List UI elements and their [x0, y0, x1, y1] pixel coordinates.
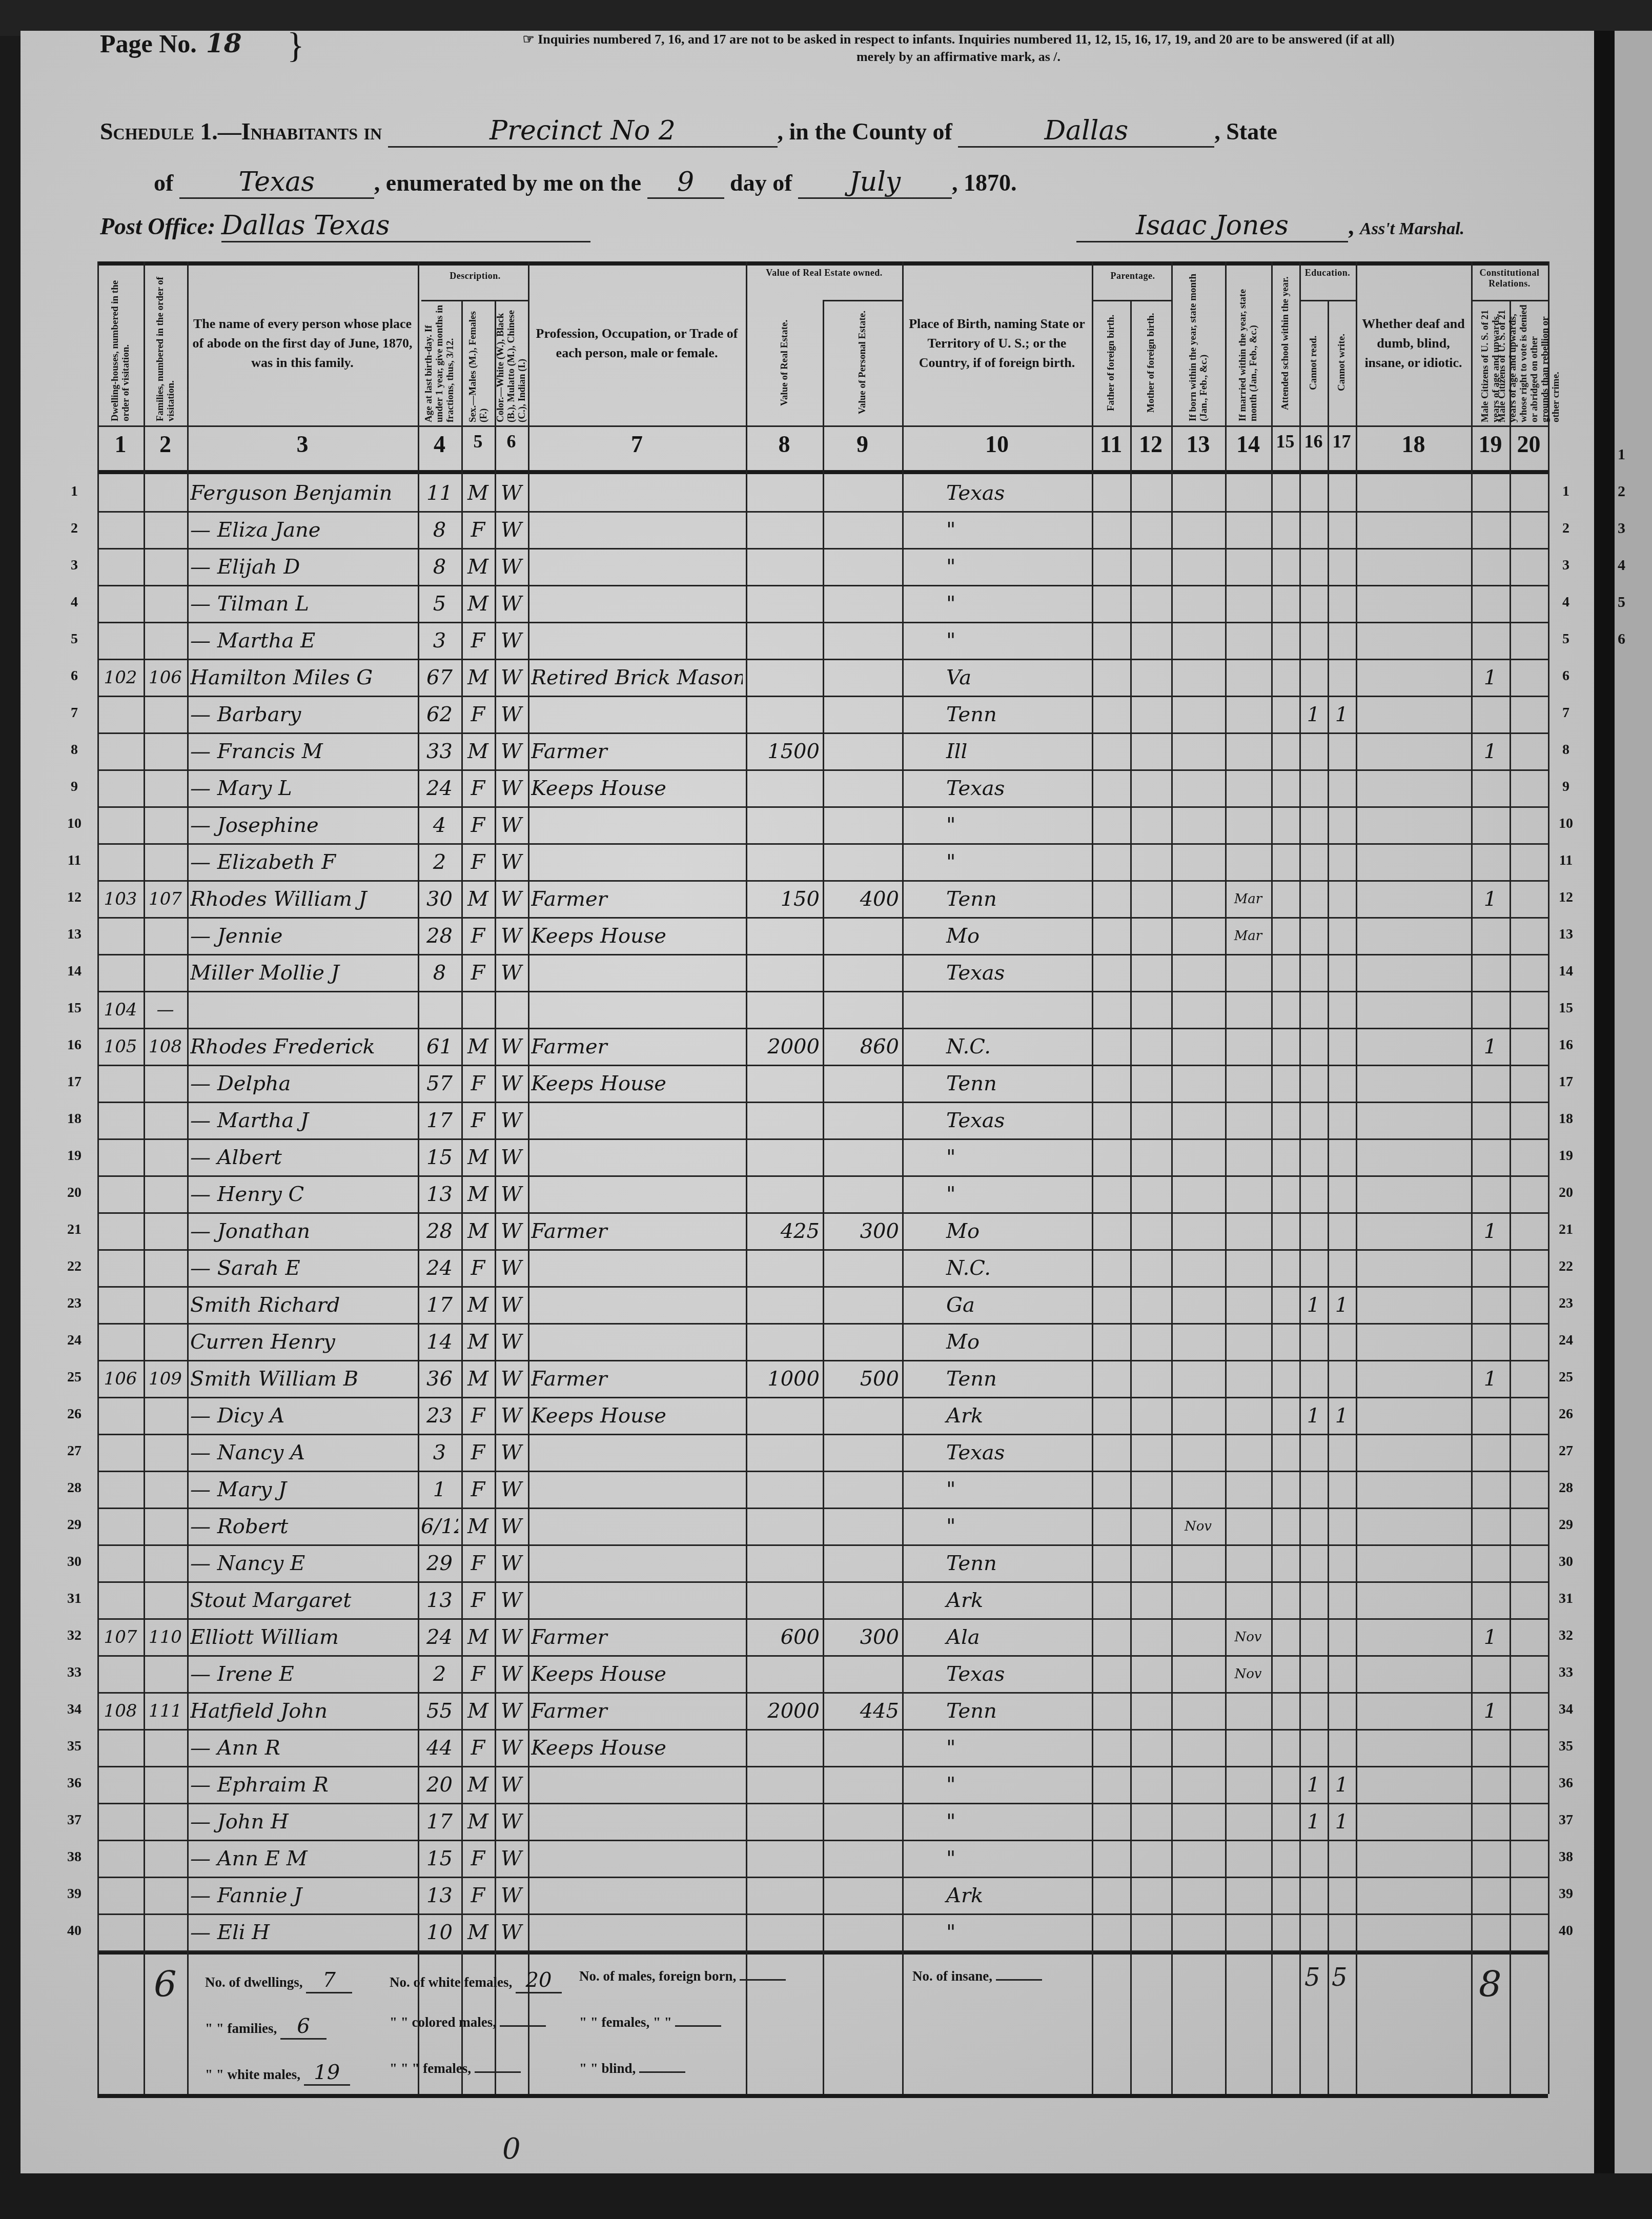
cell-sex: F — [464, 625, 492, 657]
line-number-right: 17 — [1553, 1074, 1579, 1090]
cannot-read-total: 5 — [1304, 1963, 1320, 1992]
cell-sex: M — [464, 1695, 492, 1727]
cell-name: Hamilton Miles G — [190, 662, 415, 694]
cell-c13 — [1174, 772, 1222, 804]
line-number-right: 18 — [1553, 1111, 1579, 1127]
cell-c19 — [1474, 1880, 1506, 1911]
cell-color: W — [498, 1474, 525, 1505]
cell-family — [147, 625, 184, 657]
cell-age: 30 — [421, 883, 458, 915]
cell-c14 — [1228, 1806, 1268, 1838]
state-label: State — [1226, 118, 1277, 145]
cell-birthplace: Tenn — [905, 1363, 1130, 1395]
cell-sex: F — [464, 1068, 492, 1100]
cell-personal-estate — [826, 1142, 899, 1173]
cell-color: W — [498, 1215, 525, 1247]
cell-occupation — [531, 1548, 743, 1579]
cell-dwelling — [100, 1769, 140, 1801]
table-row: Ferguson Benjamin11MWTexas — [97, 474, 1548, 511]
column-number-18: 18 — [1356, 431, 1471, 458]
cell-birthplace: " — [905, 1843, 1130, 1875]
cell-personal-estate — [826, 1732, 899, 1764]
cell-personal-estate — [826, 477, 899, 509]
cell-color: W — [498, 1769, 525, 1801]
cell-c13 — [1174, 1584, 1222, 1616]
cell-c16: 1 — [1302, 699, 1324, 730]
notice-line-2: merely by an affirmative mark, as /. — [369, 48, 1548, 66]
males-foreign-count — [740, 1979, 786, 1981]
schedule-line: Schedule 1.—Inhabitants in Precinct No 2… — [100, 115, 1277, 148]
cell-personal-estate — [826, 1437, 899, 1469]
column-header-13: If born within the year, state month (Ja… — [1173, 266, 1223, 421]
line-number-right: 26 — [1553, 1406, 1579, 1422]
cell-real-estate: 2000 — [749, 1695, 820, 1727]
cell-age: 67 — [421, 662, 458, 694]
cell-family — [147, 1142, 184, 1173]
cell-personal-estate: 300 — [826, 1215, 899, 1247]
rule-line — [97, 261, 1548, 266]
column-number-19: 19 — [1471, 431, 1510, 458]
cell-c14 — [1228, 1880, 1268, 1911]
cell-sex: M — [464, 1289, 492, 1321]
cell-personal-estate — [826, 1474, 899, 1505]
cell-personal-estate — [826, 994, 899, 1026]
cell-birthplace: " — [905, 1806, 1130, 1838]
cell-c13 — [1174, 1363, 1222, 1395]
cell-birthplace: N.C. — [905, 1252, 1130, 1284]
summary-dwellings: No. of dwellings, 7 — [205, 1968, 352, 1993]
cell-occupation — [531, 994, 743, 1026]
table-row: — Fannie J13FWArk — [97, 1877, 1548, 1913]
cell-occupation — [531, 551, 743, 583]
cell-occupation: Keeps House — [531, 920, 743, 952]
cell-c19 — [1474, 588, 1506, 620]
cell-age: 57 — [421, 1068, 458, 1100]
precinct-field: Precinct No 2 — [388, 115, 778, 148]
column-number-6: 6 — [495, 431, 528, 452]
cell-c14 — [1228, 772, 1268, 804]
cell-name: — Eliza Jane — [190, 514, 415, 546]
cell-sex: F — [464, 699, 492, 730]
cell-c14 — [1228, 514, 1268, 546]
column-header-18: Whether deaf and dumb, blind, insane, or… — [1358, 266, 1469, 421]
line-number-right: 5 — [1553, 631, 1579, 647]
cell-color: W — [498, 1142, 525, 1173]
line-number-left: 33 — [62, 1664, 87, 1681]
cell-name: — Eli H — [190, 1917, 415, 1948]
cell-birthplace: " — [905, 514, 1130, 546]
cell-sex: F — [464, 957, 492, 989]
cell-color: W — [498, 920, 525, 952]
cell-birthplace: Texas — [905, 772, 1130, 804]
cell-family: 110 — [147, 1621, 184, 1653]
table-row: — Francis M33MWFarmer1500Ill1 — [97, 732, 1548, 769]
cell-sex: F — [464, 1732, 492, 1764]
cell-family — [147, 1105, 184, 1136]
cell-real-estate — [749, 1769, 820, 1801]
cell-c19 — [1474, 1326, 1506, 1358]
cell-c17 — [1331, 1658, 1353, 1690]
cell-c17 — [1331, 477, 1353, 509]
table-row: — Jennie28FWKeeps HouseMoMar — [97, 917, 1548, 954]
cell-dwelling — [100, 1880, 140, 1911]
cell-personal-estate: 445 — [826, 1695, 899, 1727]
post-office-line: Post Office: Dallas Texas — [100, 210, 590, 242]
cell-birthplace: " — [905, 1474, 1130, 1505]
column-header-12: Mother of foreign birth. — [1132, 303, 1169, 422]
pointing-hand-icon: ☞ — [522, 32, 538, 47]
table-row: — Sarah E24FWN.C. — [97, 1249, 1548, 1286]
cell-color: W — [498, 1437, 525, 1469]
cell-c14 — [1228, 551, 1268, 583]
cell-family — [147, 1584, 184, 1616]
line-number-left: 39 — [62, 1886, 87, 1902]
cell-color: W — [498, 809, 525, 841]
cell-c16 — [1302, 994, 1324, 1026]
cell-c16 — [1302, 1215, 1324, 1247]
cell-name: — Martha J — [190, 1105, 415, 1136]
group-rule — [421, 300, 529, 301]
column-number-9: 9 — [823, 431, 902, 458]
line-number-left: 8 — [62, 742, 87, 758]
cell-c17 — [1331, 625, 1353, 657]
cell-c19 — [1474, 772, 1506, 804]
table-row: — Nancy A3FWTexas — [97, 1434, 1548, 1471]
line-number-left: 17 — [62, 1074, 87, 1090]
cell-c19 — [1474, 1400, 1506, 1432]
cell-sex: F — [464, 1658, 492, 1690]
cell-name: — Martha E — [190, 625, 415, 657]
cell-c16 — [1302, 1105, 1324, 1136]
cell-c16 — [1302, 883, 1324, 915]
cell-c13 — [1174, 994, 1222, 1026]
cell-c14 — [1228, 1843, 1268, 1875]
cell-age: 55 — [421, 1695, 458, 1727]
cell-dwelling — [100, 514, 140, 546]
line-number-left: 37 — [62, 1812, 87, 1828]
summary-families: " " families, 6 — [205, 2014, 327, 2040]
cell-c14 — [1228, 1031, 1268, 1063]
cell-age: 2 — [421, 846, 458, 878]
cell-c16 — [1302, 1511, 1324, 1542]
cell-c17 — [1331, 920, 1353, 952]
adjacent-line-number: 4 — [1618, 557, 1625, 574]
cell-real-estate — [749, 662, 820, 694]
cell-name: — Jennie — [190, 920, 415, 952]
cell-sex: M — [464, 477, 492, 509]
table-row: 105108Rhodes Frederick61MWFarmer2000860N… — [97, 1028, 1548, 1065]
cell-sex: M — [464, 1215, 492, 1247]
cell-family — [147, 1732, 184, 1764]
cell-c13 — [1174, 1400, 1222, 1432]
column-header-20: Male Citizens of U. S. of 21 years of ag… — [1512, 303, 1546, 422]
cell-c13 — [1174, 1769, 1222, 1801]
cell-c16 — [1302, 1732, 1324, 1764]
cell-age: 62 — [421, 699, 458, 730]
table-row: — Elijah D8MW" — [97, 548, 1548, 585]
table-row: — Albert15MW" — [97, 1138, 1548, 1175]
cell-personal-estate — [826, 588, 899, 620]
cell-personal-estate — [826, 1068, 899, 1100]
cell-c14 — [1228, 1400, 1268, 1432]
cell-real-estate — [749, 1142, 820, 1173]
cell-sex: M — [464, 1326, 492, 1358]
cell-family — [147, 1658, 184, 1690]
line-number-right: 38 — [1553, 1849, 1579, 1865]
cell-c17 — [1331, 809, 1353, 841]
cell-birthplace: " — [905, 846, 1130, 878]
line-number-right: 35 — [1553, 1738, 1579, 1755]
cell-c14 — [1228, 477, 1268, 509]
cell-personal-estate — [826, 625, 899, 657]
cell-age: 24 — [421, 1252, 458, 1284]
cell-c19: 1 — [1474, 1363, 1506, 1395]
cell-color: W — [498, 477, 525, 509]
cell-sex: F — [464, 772, 492, 804]
cell-occupation — [531, 1252, 743, 1284]
day-of-label: day of — [730, 170, 792, 196]
cell-age: 20 — [421, 1769, 458, 1801]
line-number-right: 7 — [1553, 705, 1579, 721]
cell-family — [147, 1806, 184, 1838]
cell-dwelling: 107 — [100, 1621, 140, 1653]
insane-label: No. of insane, — [912, 1968, 992, 1984]
column-header-2: Families, numbered in the order of visit… — [146, 266, 185, 421]
table-row: Curren Henry14MWMo — [97, 1323, 1548, 1360]
cell-name: Smith Richard — [190, 1289, 415, 1321]
line-number-left: 30 — [62, 1554, 87, 1570]
cell-c19 — [1474, 1437, 1506, 1469]
enumeration-line: of Texas, enumerated by me on the 9 day … — [154, 167, 1017, 199]
cell-personal-estate — [826, 1178, 899, 1210]
cell-real-estate — [749, 1880, 820, 1911]
cell-name: — Barbary — [190, 699, 415, 730]
line-number-left: 20 — [62, 1185, 87, 1201]
cell-name: — Henry C — [190, 1178, 415, 1210]
table-row: 106109Smith William B36MWFarmer1000500Te… — [97, 1360, 1548, 1397]
table-row: — Henry C13MW" — [97, 1175, 1548, 1212]
cell-c19: 1 — [1474, 1031, 1506, 1063]
line-number-right: 2 — [1553, 520, 1579, 537]
line-number-right: 24 — [1553, 1332, 1579, 1349]
cell-sex: M — [464, 883, 492, 915]
cell-family — [147, 1769, 184, 1801]
column-header-17: Cannot write. — [1330, 303, 1354, 422]
cell-c17 — [1331, 1178, 1353, 1210]
cell-c14 — [1228, 1215, 1268, 1247]
cell-color: W — [498, 1584, 525, 1616]
cell-dwelling — [100, 477, 140, 509]
cell-c14: Mar — [1228, 883, 1268, 915]
line-number-right: 27 — [1553, 1443, 1579, 1459]
column-number-1: 1 — [97, 431, 144, 458]
cell-c14 — [1228, 1289, 1268, 1321]
line-number-left: 24 — [62, 1332, 87, 1349]
line-number-left: 25 — [62, 1369, 87, 1386]
state-field: Texas — [179, 167, 374, 199]
summary-white-females: No. of white females, 20 — [390, 1968, 562, 1993]
cell-age: 44 — [421, 1732, 458, 1764]
line-number-right: 40 — [1553, 1923, 1579, 1939]
cell-color: W — [498, 1068, 525, 1100]
table-row: Miller Mollie J8FWTexas — [97, 954, 1548, 991]
cell-family — [147, 1252, 184, 1284]
cell-age: 13 — [421, 1584, 458, 1616]
column-header-9: Value of Personal Estate. — [825, 303, 900, 422]
cell-color: W — [498, 1252, 525, 1284]
table-row: — Jonathan28MWFarmer425300Mo1 — [97, 1212, 1548, 1249]
cell-sex: F — [464, 809, 492, 841]
cell-dwelling — [100, 1511, 140, 1542]
cell-c17 — [1331, 1105, 1353, 1136]
cell-real-estate — [749, 1252, 820, 1284]
cell-birthplace: Texas — [905, 477, 1130, 509]
cell-real-estate — [749, 1917, 820, 1948]
cell-dwelling — [100, 1437, 140, 1469]
cell-c14 — [1228, 1142, 1268, 1173]
cell-age: 1 — [421, 1474, 458, 1505]
line-number-right: 14 — [1553, 963, 1579, 980]
cell-name: — Ephraim R — [190, 1769, 415, 1801]
cell-personal-estate — [826, 957, 899, 989]
table-row: — Tilman L5MW" — [97, 585, 1548, 622]
table-row: — Ephraim R20MW"11 — [97, 1766, 1548, 1803]
cell-real-estate — [749, 1843, 820, 1875]
cell-dwelling: 108 — [100, 1695, 140, 1727]
line-number-left: 11 — [62, 852, 87, 869]
cell-birthplace — [905, 994, 1130, 1026]
cell-age: 23 — [421, 1400, 458, 1432]
line-number-left: 31 — [62, 1591, 87, 1607]
margin-mark: 6 — [154, 1963, 177, 2005]
cell-dwelling — [100, 1474, 140, 1505]
line-number-left: 4 — [62, 594, 87, 610]
cell-color: W — [498, 625, 525, 657]
table-row: — Josephine4FW" — [97, 806, 1548, 843]
cell-birthplace: " — [905, 1511, 1130, 1542]
cell-personal-estate — [826, 1584, 899, 1616]
cell-real-estate: 2000 — [749, 1031, 820, 1063]
insane-count — [996, 1979, 1042, 1981]
cell-name — [190, 994, 415, 1026]
line-number-left: 6 — [62, 668, 87, 684]
cell-c17 — [1331, 1843, 1353, 1875]
cannot-write-total: 5 — [1332, 1963, 1348, 1992]
cell-color: W — [498, 1621, 525, 1653]
adjacent-line-number: 1 — [1618, 446, 1625, 463]
cell-age: 29 — [421, 1548, 458, 1579]
cell-occupation — [531, 1880, 743, 1911]
cell-family — [147, 920, 184, 952]
cell-real-estate: 1000 — [749, 1363, 820, 1395]
cell-name: — Tilman L — [190, 588, 415, 620]
line-number-left: 18 — [62, 1111, 87, 1127]
table-row: — Delpha57FWKeeps HouseTenn — [97, 1065, 1548, 1102]
cell-c13 — [1174, 477, 1222, 509]
cell-c19 — [1474, 1252, 1506, 1284]
cell-c14 — [1228, 1068, 1268, 1100]
column-header-14: If married within the year, state month … — [1227, 266, 1269, 421]
cell-birthplace: " — [905, 1178, 1130, 1210]
census-table: Description. Value of Real Estate owned.… — [97, 261, 1548, 2086]
adjacent-line-number: 5 — [1618, 594, 1625, 611]
day-field: 9 — [647, 167, 724, 199]
cell-age: 13 — [421, 1178, 458, 1210]
cell-color: W — [498, 846, 525, 878]
cell-sex: F — [464, 920, 492, 952]
cell-age: 10 — [421, 1917, 458, 1948]
cell-occupation: Farmer — [531, 1621, 743, 1653]
cell-occupation — [531, 1326, 743, 1358]
summary-colored-females: " " " females, — [390, 2061, 521, 2077]
line-number-right: 4 — [1553, 594, 1579, 610]
cell-family: 107 — [147, 883, 184, 915]
cell-birthplace: Ala — [905, 1621, 1130, 1653]
cell-occupation — [531, 846, 743, 878]
column-header-15: Attended school within the year. — [1273, 266, 1297, 421]
cell-age: 8 — [421, 551, 458, 583]
page-label: Page No. — [100, 29, 197, 58]
cell-dwelling — [100, 772, 140, 804]
cell-age: 17 — [421, 1105, 458, 1136]
column-header-1: Dwelling-houses, numbered in the order o… — [99, 266, 141, 421]
cell-c16: 1 — [1302, 1806, 1324, 1838]
cell-dwelling — [100, 957, 140, 989]
cell-occupation: Farmer — [531, 1695, 743, 1727]
line-number-right: 8 — [1553, 742, 1579, 758]
cell-c13 — [1174, 846, 1222, 878]
cell-c14 — [1228, 1511, 1268, 1542]
cell-real-estate: 150 — [749, 883, 820, 915]
cell-occupation — [531, 477, 743, 509]
page-number-value: 18 — [206, 28, 242, 58]
cell-color: W — [498, 1289, 525, 1321]
cell-c16 — [1302, 1880, 1324, 1911]
citizens-total: 8 — [1479, 1963, 1502, 2005]
cell-c17 — [1331, 1917, 1353, 1948]
cell-c19 — [1474, 1511, 1506, 1542]
cell-c13 — [1174, 1695, 1222, 1727]
cell-c17 — [1331, 994, 1353, 1026]
cell-c14 — [1228, 1105, 1268, 1136]
cell-age: 15 — [421, 1843, 458, 1875]
cell-sex: F — [464, 1105, 492, 1136]
cell-c19 — [1474, 1474, 1506, 1505]
line-number-right: 3 — [1553, 557, 1579, 574]
cell-c19 — [1474, 1732, 1506, 1764]
cell-real-estate — [749, 1584, 820, 1616]
table-row: 104— — [97, 991, 1548, 1028]
cell-birthplace: " — [905, 1732, 1130, 1764]
dwellings-count: 7 — [306, 1968, 352, 1993]
cell-c13 — [1174, 1474, 1222, 1505]
table-row: — Nancy E29FWTenn — [97, 1544, 1548, 1581]
cell-c19 — [1474, 1584, 1506, 1616]
cell-name: Smith William B — [190, 1363, 415, 1395]
cell-c13 — [1174, 1880, 1222, 1911]
cell-c13 — [1174, 625, 1222, 657]
cell-c17 — [1331, 1695, 1353, 1727]
white-males-count: 19 — [304, 2061, 350, 2086]
table-row: — Mary L24FWKeeps HouseTexas — [97, 769, 1548, 806]
table-row: — Mary J1FW" — [97, 1471, 1548, 1508]
cell-c13 — [1174, 551, 1222, 583]
cell-c16 — [1302, 736, 1324, 767]
cell-c13: Nov — [1174, 1511, 1222, 1542]
cell-c14 — [1228, 1252, 1268, 1284]
cell-c14 — [1228, 1695, 1268, 1727]
cell-personal-estate — [826, 1658, 899, 1690]
